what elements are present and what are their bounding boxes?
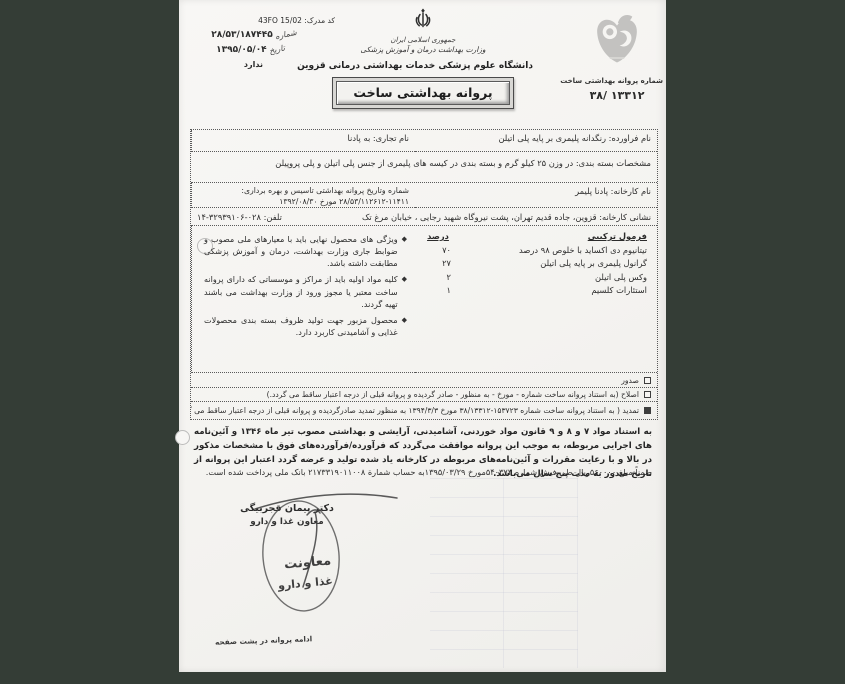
condition-text: محصول مزبور جهت تولید ظروف بسته بندی محص… <box>204 314 398 338</box>
formula-row: تیتانیوم دی اکساید با خلوص ۹۸ درصد ۷۰ <box>425 245 647 255</box>
amendment-label: اصلاح (به استناد پروانه ساخت شماره - مور… <box>267 390 639 399</box>
ingredient-name: استئارات کلسیم <box>591 285 647 295</box>
condition-text: کلیه مواد اولیه باید از مراکز و موسساتی … <box>204 273 398 309</box>
condition-item: ◆ ویژگی های محصول نهایی باید با معیارهای… <box>204 233 407 269</box>
republic-line: جمهوری اسلامی ایران <box>313 36 533 44</box>
document-page: کد مدرک: 43FO 15/02 شماره ۲۸/۵۳/۱۸۷۴۴۵ ت… <box>179 0 666 672</box>
diamond-bullet-icon: ◆ <box>402 315 407 338</box>
license-number-block: شماره پروانه بهداشتی ساخت ۳۸/ ۱۳۳۱۲ <box>571 12 663 102</box>
amendment-option-row: اصلاح (به استناد پروانه ساخت شماره - مور… <box>191 388 657 402</box>
iran-emblem-icon <box>414 8 432 30</box>
continue-on-back-note: ادامه پروانه در پشت صفحه <box>215 634 312 646</box>
license-title-box: پروانه بهداشتی ساخت <box>332 77 513 109</box>
renewal-option-row: تمدید ( به استناد پروانه ساخت شماره ۱۵۳۷… <box>191 402 657 419</box>
ingredient-percent: ۲۷ <box>425 258 451 268</box>
factory-phone: تلفن: ۰۲۸-۳۲۹۳۹۱۰۶-۱۴ <box>197 212 282 222</box>
university-line: دانشگاه علوم پزشکی خدمات بهداشتی درمانی … <box>313 61 533 71</box>
date-label: تاریخ <box>268 43 285 55</box>
packaging-cell: مشخصات بسته بندی: در وزن ۲۵ کیلو گرم و ب… <box>191 152 657 183</box>
ingredient-percent: ۷۰ <box>425 245 451 255</box>
formula-row: گرانول پلیمری بر پایه پلی اتیلن ۲۷ <box>425 258 647 268</box>
issuance-checkbox <box>644 377 651 384</box>
ingredient-name: تیتانیوم دی اکساید با خلوص ۹۸ درصد <box>519 245 647 255</box>
bleedthrough-grid <box>430 478 578 668</box>
factory-address-row: نشانی کارخانه: قزوین، جاده قدیم تهران، پ… <box>191 208 657 226</box>
condition-item: ◆ کلیه مواد اولیه باید از مراکز و موسسات… <box>204 273 407 309</box>
letterhead: جمهوری اسلامی ایران وزارت بهداشت درمان و… <box>313 8 533 109</box>
diamond-bullet-icon: ◆ <box>402 234 407 269</box>
ingredient-percent: ۲ <box>425 272 451 282</box>
renewal-label: تمدید ( به استناد پروانه ساخت شماره ۱۵۳۷… <box>191 406 639 415</box>
punch-hole <box>175 430 190 445</box>
ministry-line: وزارت بهداشت درمان و آموزش پزشکی <box>313 45 533 54</box>
formula-cell: فرمول ترکیبی درصد تیتانیوم دی اکساید با … <box>415 226 657 373</box>
establishment-license-label: شماره وتاریخ پروانه بهداشتی تاسیس و بهره… <box>198 185 409 196</box>
percent-column-label: درصد <box>425 231 451 241</box>
ingredient-name: وکس پلی اتیلن <box>595 272 647 282</box>
fdo-apple-logo-icon <box>590 12 644 68</box>
fee-statement: ضمناً مبلغ ۵۶۰۰۰۰ریال طی فیش شماره ۵۴۰۳۷… <box>194 467 652 477</box>
product-info-table: نام فراورده: رنگدانه پلیمری بر پایه پلی … <box>190 129 658 420</box>
establishment-license-cell: شماره وتاریخ پروانه بهداشتی تاسیس و بهره… <box>191 183 415 208</box>
scan-backdrop: کد مدرک: 43FO 15/02 شماره ۲۸/۵۳/۱۸۷۴۴۵ ت… <box>0 0 845 684</box>
trade-name-cell: نام تجاری: به پادنا <box>191 130 415 152</box>
establishment-license-value: ۲۸/۵۳/۱۱۲۶۱۲-۱۱۴۱۱ مورخ ۱۳۹۲/۰۸/۳۰ <box>198 196 409 207</box>
product-name-cell: نام فراورده: رنگدانه پلیمری بر پایه پلی … <box>415 130 657 152</box>
formula-title: فرمول ترکیبی <box>588 231 647 241</box>
license-number-label: شماره پروانه بهداشتی ساخت <box>571 77 663 85</box>
number-label: شماره <box>274 28 297 41</box>
formula-header: فرمول ترکیبی درصد <box>425 231 647 241</box>
condition-text: ویژگی های محصول نهایی باید با معیارهای م… <box>204 233 398 269</box>
conditions-cell: ◆ ویژگی های محصول نهایی باید با معیارهای… <box>191 226 415 373</box>
issuance-option-row: صدور <box>191 373 657 388</box>
formula-row: وکس پلی اتیلن ۲ <box>425 272 647 282</box>
ingredient-percent: ۱ <box>425 285 451 295</box>
signature-stroke-icon <box>239 485 439 605</box>
factory-name-cell: نام کارخانه: پادنا پلیمر <box>415 183 657 208</box>
condition-item: ◆ محصول مزبور جهت تولید ظروف بسته بندی م… <box>204 314 407 338</box>
issuance-label: صدور <box>621 376 639 385</box>
license-number-value: ۳۸/ ۱۳۳۱۲ <box>571 89 663 102</box>
renewal-checkbox <box>644 407 651 414</box>
license-title: پروانه بهداشتی ساخت <box>336 81 509 105</box>
number-value: ۲۸/۵۳/۱۸۷۴۴۵ <box>211 30 273 40</box>
diamond-bullet-icon: ◆ <box>402 274 407 309</box>
factory-address: نشانی کارخانه: قزوین، جاده قدیم تهران، پ… <box>362 212 651 222</box>
amendment-checkbox <box>644 391 651 398</box>
formula-row: استئارات کلسیم ۱ <box>425 285 647 295</box>
date-value: ۱۳۹۵/۰۵/۰۴ <box>216 45 267 55</box>
ingredient-name: گرانول پلیمری بر پایه پلی اتیلن <box>540 258 647 268</box>
